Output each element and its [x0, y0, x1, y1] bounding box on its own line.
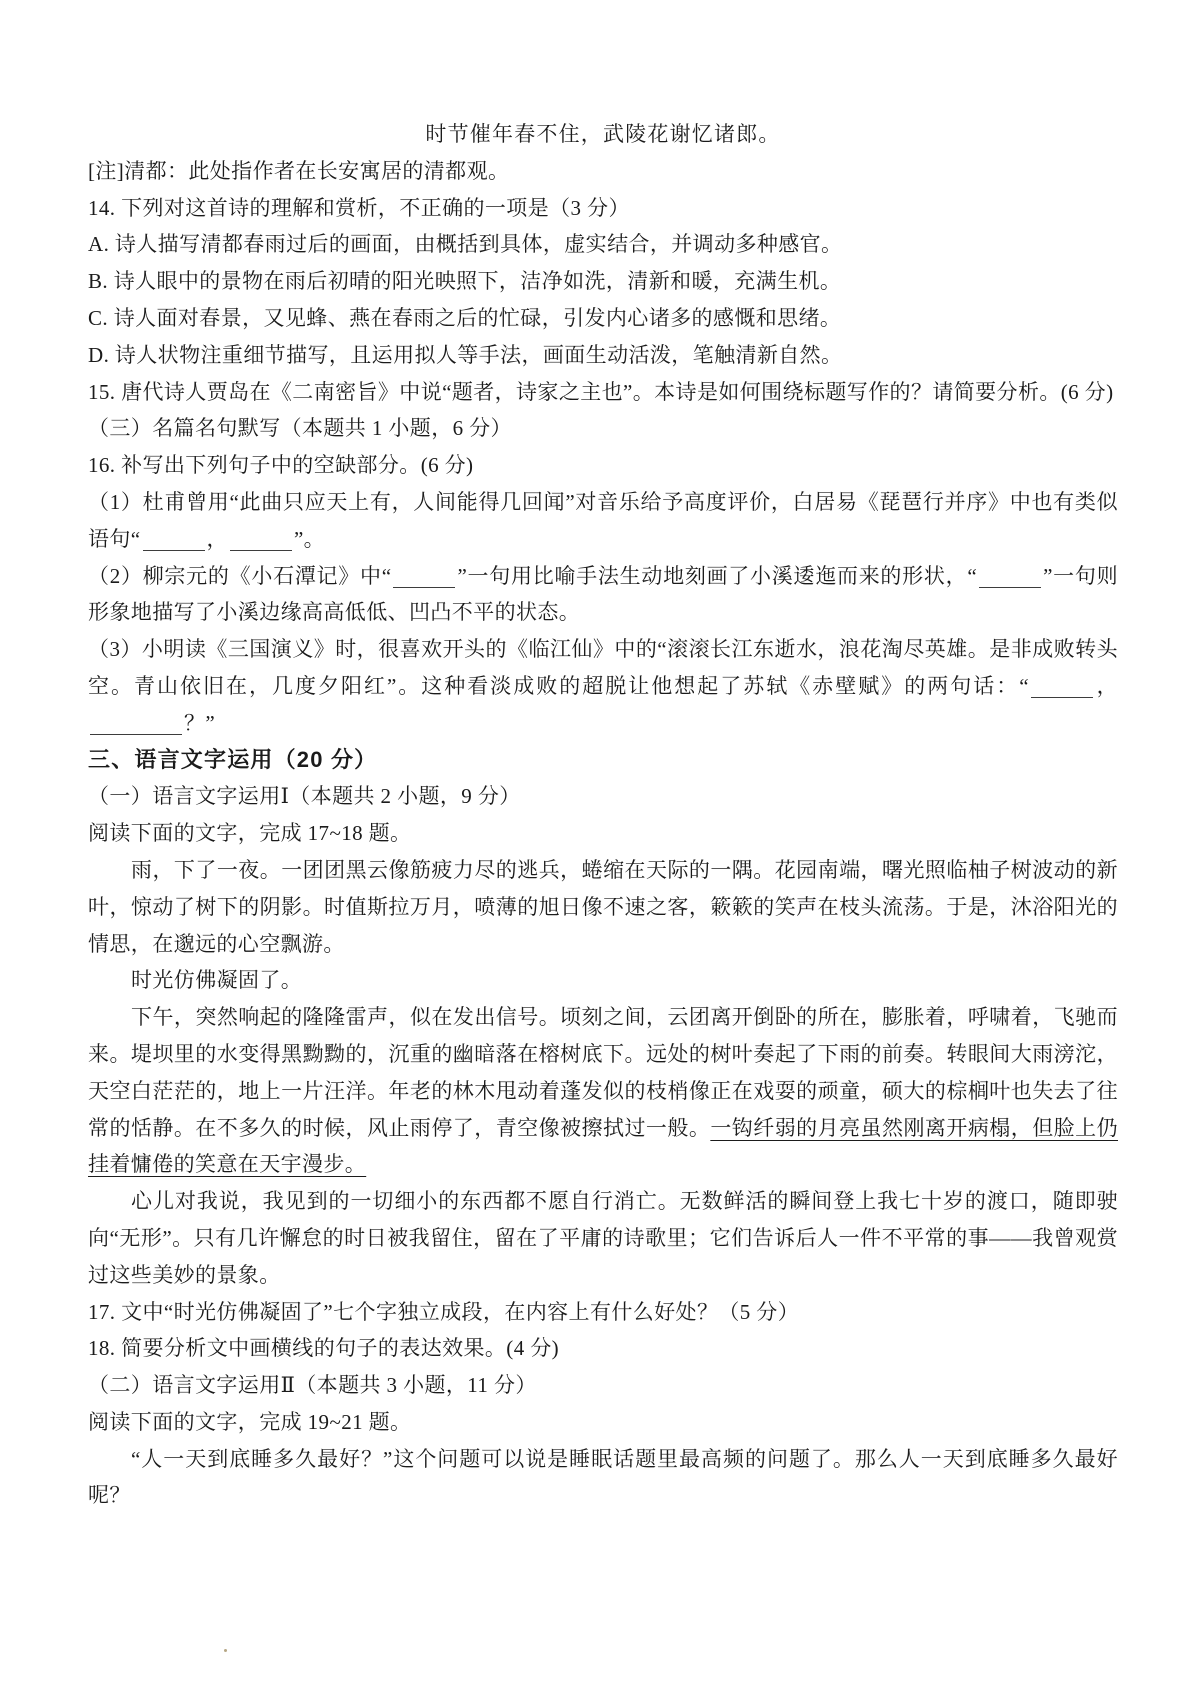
- question-14: 14. 下列对这首诗的理解和赏析，不正确的一项是（3 分）: [88, 190, 1118, 227]
- item-3-text-post: ？”: [184, 711, 215, 735]
- blank-line: [90, 713, 182, 735]
- item-3-text-pre: （3）小明读《三国演义》时，很喜欢开头的《临江仙》中的“滚滚长江东逝水，浪花淘尽…: [88, 637, 1118, 698]
- section-3-part-1-title: （一）语言文字运用Ⅰ（本题共 2 小题，9 分）: [88, 778, 1118, 815]
- question-18: 18. 简要分析文中画横线的句子的表达效果。(4 分): [88, 1330, 1118, 1367]
- poem-note: [注]清都：此处指作者在长安寓居的清都观。: [88, 153, 1118, 190]
- item-1-text-mid: ，: [207, 527, 228, 551]
- passage-1-paragraph-2: 时光仿佛凝固了。: [88, 962, 1118, 999]
- section-3-sub-title: （三）名篇名句默写（本题共 1 小题，6 分）: [88, 410, 1118, 447]
- page-content: 时节催年春不住，武陵花谢忆诸郎。 [注]清都：此处指作者在长安寓居的清都观。 1…: [88, 116, 1118, 1514]
- blank-line: [979, 566, 1041, 588]
- item-2-text-mid: ”一句用比喻手法生动地刻画了小溪逶迤而来的形状，“: [457, 564, 977, 588]
- question-14-option-d: D. 诗人状物注重细节描写，且运用拟人等手法，画面生动活泼，笔触清新自然。: [88, 337, 1118, 374]
- blank-line: [1031, 676, 1093, 698]
- blank-line: [393, 566, 455, 588]
- item-1-text-post: ”。: [294, 527, 325, 551]
- item-2-text-pre: （2）柳宗元的《小石潭记》中“: [88, 564, 391, 588]
- passage-1-paragraph-1: 雨，下了一夜。一团团黑云像筋疲力尽的逃兵，蜷缩在天际的一隅。花园南端，曙光照临柚…: [88, 852, 1118, 962]
- question-14-option-a: A. 诗人描写清都春雨过后的画面，由概括到具体，虚实结合，并调动多种感官。: [88, 226, 1118, 263]
- section-3-part-2-title: （二）语言文字运用Ⅱ（本题共 3 小题，11 分）: [88, 1367, 1118, 1404]
- passage-2-paragraph-1: “人一天到底睡多久最好？”这个问题可以说是睡眠话题里最高频的问题了。那么人一天到…: [88, 1441, 1118, 1515]
- question-15: 15. 唐代诗人贾岛在《二南密旨》中说“题者，诗家之主也”。本诗是如何围绕标题写…: [88, 374, 1118, 411]
- passage-1-paragraph-4: 心儿对我说，我见到的一切细小的东西都不愿自行消亡。无数鲜活的瞬间登上我七十岁的渡…: [88, 1183, 1118, 1293]
- question-16-item-1: （1）杜甫曾用“此曲只应天上有，人间能得几回闻”对音乐给予高度评价，白居易《琵琶…: [88, 484, 1118, 558]
- question-16: 16. 补写出下列句子中的空缺部分。(6 分): [88, 447, 1118, 484]
- scan-speck: [224, 1649, 227, 1652]
- question-14-option-b: B. 诗人眼中的景物在雨后初晴的阳光映照下，洁净如洗，清新和暖，充满生机。: [88, 263, 1118, 300]
- question-17: 17. 文中“时光仿佛凝固了”七个字独立成段，在内容上有什么好处？（5 分）: [88, 1294, 1118, 1331]
- section-3-title: 三、语言文字运用（20 分）: [88, 742, 1118, 779]
- poem-line: 时节催年春不住，武陵花谢忆诸郎。: [88, 116, 1118, 153]
- exam-paper-page: 时节催年春不住，武陵花谢忆诸郎。 [注]清都：此处指作者在长安寓居的清都观。 1…: [0, 0, 1200, 1698]
- passage-1-paragraph-3: 下午，突然响起的隆隆雷声，似在发出信号。顷刻之间，云团离开倒卧的所在，膨胀着，呼…: [88, 999, 1118, 1183]
- reading-instruction-1: 阅读下面的文字，完成 17~18 题。: [88, 815, 1118, 852]
- item-3-text-mid: ，: [1095, 674, 1118, 698]
- question-14-option-c: C. 诗人面对春景，又见蜂、燕在春雨之后的忙碌，引发内心诸多的感慨和思绪。: [88, 300, 1118, 337]
- blank-line: [143, 529, 205, 551]
- reading-instruction-2: 阅读下面的文字，完成 19~21 题。: [88, 1404, 1118, 1441]
- question-16-item-3: （3）小明读《三国演义》时，很喜欢开头的《临江仙》中的“滚滚长江东逝水，浪花淘尽…: [88, 631, 1118, 741]
- question-16-item-2: （2）柳宗元的《小石潭记》中“”一句用比喻手法生动地刻画了小溪逶迤而来的形状，“…: [88, 558, 1118, 632]
- blank-line: [230, 529, 292, 551]
